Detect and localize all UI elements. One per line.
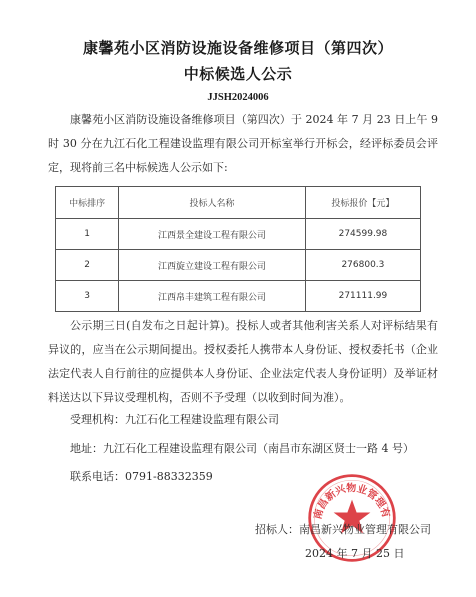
cell-bidder: 江西景全建设工程有限公司 bbox=[119, 219, 306, 250]
header-rank: 中标排序 bbox=[56, 187, 119, 219]
tenderer: 招标人：南昌新兴物业管理有限公司 bbox=[255, 521, 431, 537]
accepting-org: 受理机构：九江石化工程建设监理有限公司 bbox=[70, 411, 279, 427]
table-row: 2 江西旋立建设工程有限公司 276800.3 bbox=[56, 250, 421, 281]
cell-price: 274599.98 bbox=[305, 219, 420, 250]
notice-paragraph: 公示期三日(自发布之日起计算)。投标人或者其他利害关系人对评标结果有异议的，应当… bbox=[48, 314, 438, 410]
cell-rank: 1 bbox=[56, 219, 119, 250]
header-bidder: 投标人名称 bbox=[119, 187, 306, 219]
address: 地址：九江石化工程建设监理有限公司（南昌市东湖区贤士一路 4 号） bbox=[70, 440, 414, 456]
table-header-row: 中标排序 投标人名称 投标报价【元】 bbox=[56, 187, 421, 219]
cell-bidder: 江西帛丰建筑工程有限公司 bbox=[119, 281, 306, 312]
table-row: 3 江西帛丰建筑工程有限公司 271111.99 bbox=[56, 281, 421, 312]
table-row: 1 江西景全建设工程有限公司 274599.98 bbox=[56, 219, 421, 250]
title-line-1: 康馨苑小区消防设施设备维修项目（第四次） bbox=[0, 37, 476, 58]
cell-bidder: 江西旋立建设工程有限公司 bbox=[119, 250, 306, 281]
cell-price: 271111.99 bbox=[305, 281, 420, 312]
intro-paragraph: 康馨苑小区消防设施设备维修项目（第四次）于 2024 年 7 月 23 日上午 … bbox=[48, 108, 438, 180]
title-line-2: 中标候选人公示 bbox=[0, 63, 476, 84]
header-price: 投标报价【元】 bbox=[305, 187, 420, 219]
cell-price: 276800.3 bbox=[305, 250, 420, 281]
candidates-table: 中标排序 投标人名称 投标报价【元】 1 江西景全建设工程有限公司 274599… bbox=[55, 186, 421, 312]
cell-rank: 3 bbox=[56, 281, 119, 312]
cell-rank: 2 bbox=[56, 250, 119, 281]
signature-date: 2024 年 7 月 25 日 bbox=[305, 545, 404, 561]
phone: 联系电话：0791-88332359 bbox=[70, 468, 213, 484]
document-code: JJSH2024006 bbox=[0, 92, 476, 103]
